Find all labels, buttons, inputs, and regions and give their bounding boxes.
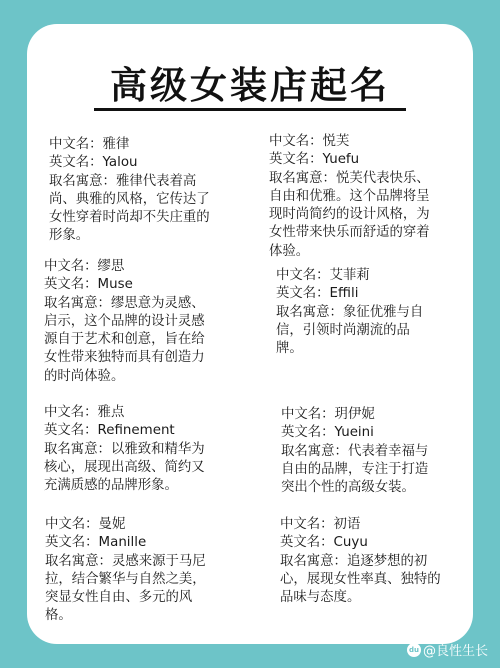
english-name: 英文名：Yalou	[49, 154, 210, 172]
name-entry-cuyu: 中文名：初语 英文名：Cuyu 取名寓意：追逐梦想的初 心，展现女性率真、独特的…	[280, 516, 441, 607]
watermark-text: @良性生长	[423, 640, 488, 659]
meaning-line: 格。	[45, 607, 206, 625]
meaning-line: 心，展现女性率真、独特的	[280, 571, 441, 589]
watermark: du @良性生长	[407, 640, 488, 659]
meaning-line: 体验。	[269, 243, 430, 261]
meaning-line: 取名寓意：以雅致和精华为	[44, 441, 205, 459]
chinese-name: 中文名：曼妮	[45, 516, 206, 534]
page-title: 高级女装店起名	[0, 64, 500, 108]
meaning-line: 自由的品牌，专注于打造	[281, 461, 428, 479]
meaning-line: 牌。	[276, 340, 423, 358]
chinese-name: 中文名：缪思	[44, 258, 205, 276]
meaning-line: 现时尚简约的设计风格，为	[269, 206, 430, 224]
meaning-line: 核心，展现出高级、简约又	[44, 459, 205, 477]
meaning-line: 信，引领时尚潮流的品	[276, 322, 423, 340]
english-name: 英文名：Manille	[45, 534, 206, 552]
name-entry-yueini: 中文名：玥伊妮 英文名：Yueini 取名寓意：代表着幸福与 自由的品牌，专注于…	[281, 406, 428, 497]
meaning-line: 突出个性的高级女装。	[281, 479, 428, 497]
meaning-line: 充满质感的品牌形象。	[44, 477, 205, 495]
meaning-line: 取名寓意：追逐梦想的初	[280, 553, 441, 571]
meaning-line: 女性带来独特而具有创造力	[44, 349, 205, 367]
name-entry-yalou: 中文名：雅律 英文名：Yalou 取名寓意：雅律代表着高 尚、典雅的风格，它传达…	[49, 136, 210, 246]
meaning-line: 的时尚体验。	[44, 368, 205, 386]
chinese-name: 中文名：艾菲莉	[276, 267, 423, 285]
meaning-line: 启示，这个品牌的设计灵感	[44, 313, 205, 331]
meaning-line: 形象。	[49, 227, 210, 245]
name-entry-yuefu: 中文名：悦芙 英文名：Yuefu 取名寓意：悦芙代表快乐、 自由和优雅。这个品牌…	[269, 133, 430, 261]
chinese-name: 中文名：初语	[280, 516, 441, 534]
english-name: 英文名：Muse	[44, 276, 205, 294]
meaning-line: 取名寓意：悦芙代表快乐、	[269, 170, 430, 188]
baidu-paw-icon: du	[407, 643, 421, 657]
chinese-name: 中文名：雅律	[49, 136, 210, 154]
meaning-line: 取名寓意：象征优雅与自	[276, 304, 423, 322]
english-name: 英文名：Cuyu	[280, 534, 441, 552]
meaning-line: 突显女性自由、多元的风	[45, 589, 206, 607]
meaning-line: 自由和优雅。这个品牌将呈	[269, 188, 430, 206]
meaning-line: 取名寓意：灵感来源于马尼	[45, 553, 206, 571]
english-name: 英文名：Yuefu	[269, 151, 430, 169]
meaning-line: 源自于艺术和创意，旨在给	[44, 331, 205, 349]
meaning-line: 女性带来快乐而舒适的穿着	[269, 224, 430, 242]
meaning-line: 品味与态度。	[280, 589, 441, 607]
english-name: 英文名：Yueini	[281, 424, 428, 442]
english-name: 英文名：Refinement	[44, 422, 205, 440]
name-entry-refinement: 中文名：雅点 英文名：Refinement 取名寓意：以雅致和精华为 核心，展现…	[44, 404, 205, 495]
chinese-name: 中文名：玥伊妮	[281, 406, 428, 424]
chinese-name: 中文名：雅点	[44, 404, 205, 422]
meaning-line: 取名寓意：雅律代表着高	[49, 173, 210, 191]
name-entry-effili: 中文名：艾菲莉 英文名：Effili 取名寓意：象征优雅与自 信，引领时尚潮流的…	[276, 267, 423, 358]
meaning-line: 尚、典雅的风格，它传达了	[49, 191, 210, 209]
meaning-line: 拉，结合繁华与自然之美，	[45, 571, 206, 589]
meaning-line: 取名寓意：缪思意为灵感、	[44, 295, 205, 313]
name-entry-muse: 中文名：缪思 英文名：Muse 取名寓意：缪思意为灵感、 启示，这个品牌的设计灵…	[44, 258, 205, 386]
title-underline	[94, 108, 406, 111]
english-name: 英文名：Effili	[276, 285, 423, 303]
chinese-name: 中文名：悦芙	[269, 133, 430, 151]
name-entry-manille: 中文名：曼妮 英文名：Manille 取名寓意：灵感来源于马尼 拉，结合繁华与自…	[45, 516, 206, 626]
meaning-line: 取名寓意：代表着幸福与	[281, 443, 428, 461]
meaning-line: 女性穿着时尚却不失庄重的	[49, 209, 210, 227]
